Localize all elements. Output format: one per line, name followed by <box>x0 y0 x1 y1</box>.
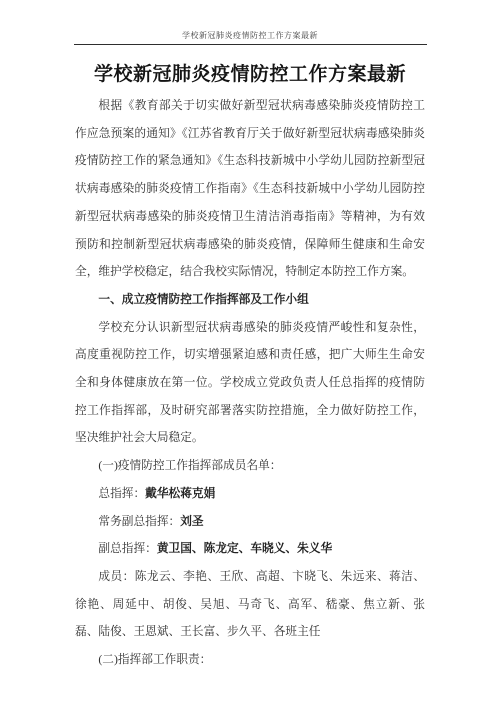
role-line-deputy: 副总指挥：黄卫国、陈龙定、车晓义、朱义华 <box>75 535 425 563</box>
running-header: 学校新冠肺炎疫情防控工作方案最新 <box>0 0 500 41</box>
page-title: 学校新冠肺炎疫情防控工作方案最新 <box>0 59 500 86</box>
header-rule-divider <box>74 44 427 45</box>
intro-paragraph: 根据《教育部关于切实做好新型冠状病毒感染肺炎疫情防控工作应急预案的通知》《江苏省… <box>75 92 425 286</box>
duties-heading: (二)指挥部工作职责： <box>75 646 425 674</box>
role-label: 总指挥： <box>98 487 145 500</box>
role-label: 成员： <box>98 570 134 583</box>
member-list-heading: (一)疫情防控工作指挥部成员名单： <box>75 452 425 480</box>
section-1-paragraph: 学校充分认识新型冠状病毒感染的肺炎疫情严峻性和复杂性，高度重视防控工作，切实增强… <box>75 314 425 453</box>
document-body: 根据《教育部关于切实做好新型冠状病毒感染肺炎疫情防控工作应急预案的通知》《江苏省… <box>75 92 425 674</box>
role-names: 刘圣 <box>180 515 203 528</box>
role-line-executive-deputy: 常务副总指挥：刘圣 <box>75 508 425 536</box>
role-line-chief: 总指挥：戴华松蒋克娟 <box>75 480 425 508</box>
role-line-members: 成员：陈龙云、李艳、王欣、高超、卞晓飞、朱远来、蒋洁、徐艳、周延中、胡俊、吴旭、… <box>75 563 425 646</box>
role-names: 黄卫国、陈龙定、车晓义、朱义华 <box>157 542 332 555</box>
document-page: 学校新冠肺炎疫情防控工作方案最新 学校新冠肺炎疫情防控工作方案最新 根据《教育部… <box>0 0 500 708</box>
role-label: 副总指挥： <box>98 542 156 555</box>
section-1-heading: 一、成立疫情防控工作指挥部及工作小组 <box>75 286 425 314</box>
role-names: 戴华松蒋克娟 <box>145 487 215 500</box>
role-label: 常务副总指挥： <box>98 515 180 528</box>
